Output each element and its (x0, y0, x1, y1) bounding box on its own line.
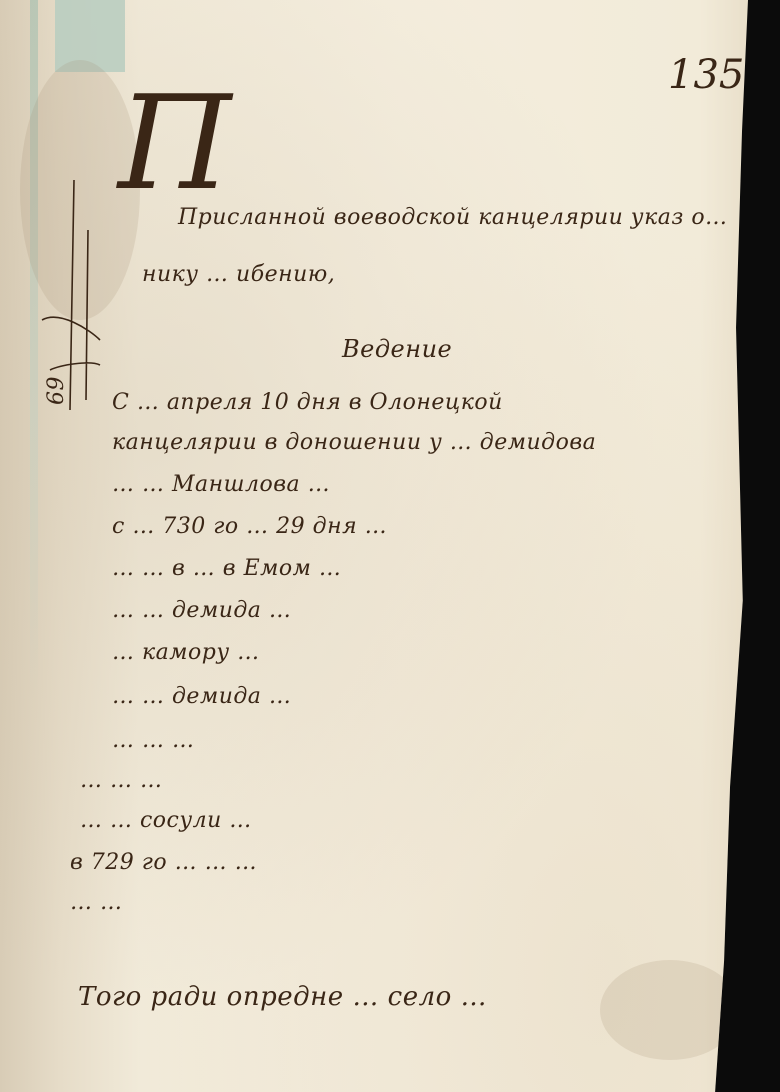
body-line-7: … камору … (112, 640, 260, 665)
body-line-11: … … сосули … (80, 808, 252, 833)
header-line-2: нику … ибению, (142, 262, 335, 287)
document-heading: Ведение (342, 335, 452, 363)
manuscript-page: 135 69 П Присланной воеводской канцеляри… (0, 0, 748, 1092)
body-line-10: … … … (80, 768, 163, 793)
closing-line: Того ради опредне … село … (78, 982, 487, 1012)
scan-background: 135 69 П Присланной воеводской канцеляри… (0, 0, 780, 1092)
decorative-initial: П (118, 78, 231, 208)
margin-note-mark (30, 170, 110, 420)
body-line-2: канцелярии в доношении у … демидова (112, 430, 596, 455)
body-line-1: С … апреля 10 дня в Олонецкой (112, 390, 503, 415)
header-line-1: Присланной воеводской канцелярии указ о… (178, 205, 728, 230)
body-line-13: … … (70, 890, 123, 915)
body-line-5: … … в … в Емом … (112, 556, 341, 581)
body-line-4: с … 730 го … 29 дня … (112, 514, 387, 539)
body-line-6: … … демида … (112, 598, 291, 623)
body-line-9: … … … (112, 728, 195, 753)
body-line-8: … … демида … (112, 684, 291, 709)
paper-stain (600, 960, 740, 1060)
body-line-12: в 729 го … … … (70, 850, 257, 875)
body-line-3: … … Маншлова … (112, 472, 330, 497)
folio-number: 135 (668, 52, 744, 98)
margin-note: 69 (44, 376, 69, 405)
